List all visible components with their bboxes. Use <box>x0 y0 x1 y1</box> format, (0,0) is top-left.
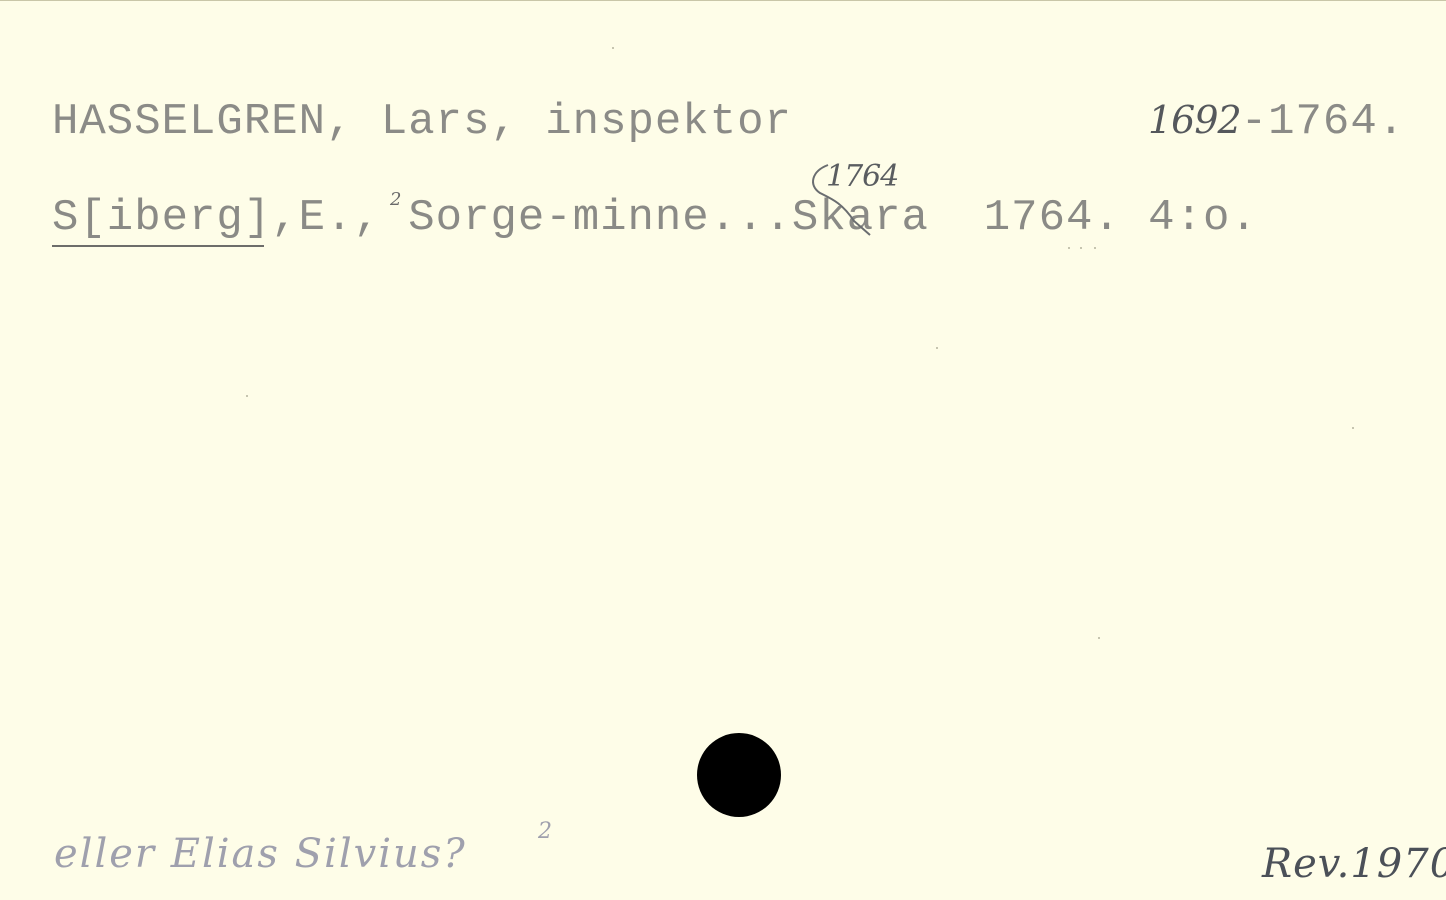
catalog-card: HASSELGREN, Lars, inspektor 1692-1764. S… <box>0 0 1446 900</box>
author-initial: ,E., <box>271 193 381 243</box>
handwritten-note-left: eller Elias Silvius? <box>54 831 467 877</box>
punch-hole <box>697 733 781 817</box>
author-superscript: 2 <box>390 189 401 210</box>
paper-speck <box>936 347 938 349</box>
revision-note: Rev.1970 <box>1262 841 1446 887</box>
birth-year-handwritten: 1692 <box>1148 98 1241 142</box>
paper-speck <box>612 47 614 49</box>
heading-name: HASSELGREN, Lars, inspektor <box>52 97 792 147</box>
citation-line: S[iberg],E., Sorge-minne...Skara 1764. 4… <box>52 193 1258 243</box>
handwritten-year-annotation: 1764 <box>826 159 898 194</box>
death-year: 1764. <box>1268 97 1405 147</box>
paper-speck <box>246 395 248 397</box>
paper-speck <box>1098 637 1100 639</box>
heading-dates: 1692-1764. <box>1148 97 1405 147</box>
author-underline <box>52 245 264 247</box>
paper-speck <box>1068 247 1070 249</box>
author-abbrev: S[iberg] <box>52 193 271 243</box>
dates-separator: - <box>1241 97 1268 147</box>
handwritten-note-superscript: 2 <box>538 819 552 844</box>
paper-speck <box>1080 247 1082 249</box>
paper-speck <box>1352 427 1354 429</box>
paper-speck <box>1094 247 1096 249</box>
